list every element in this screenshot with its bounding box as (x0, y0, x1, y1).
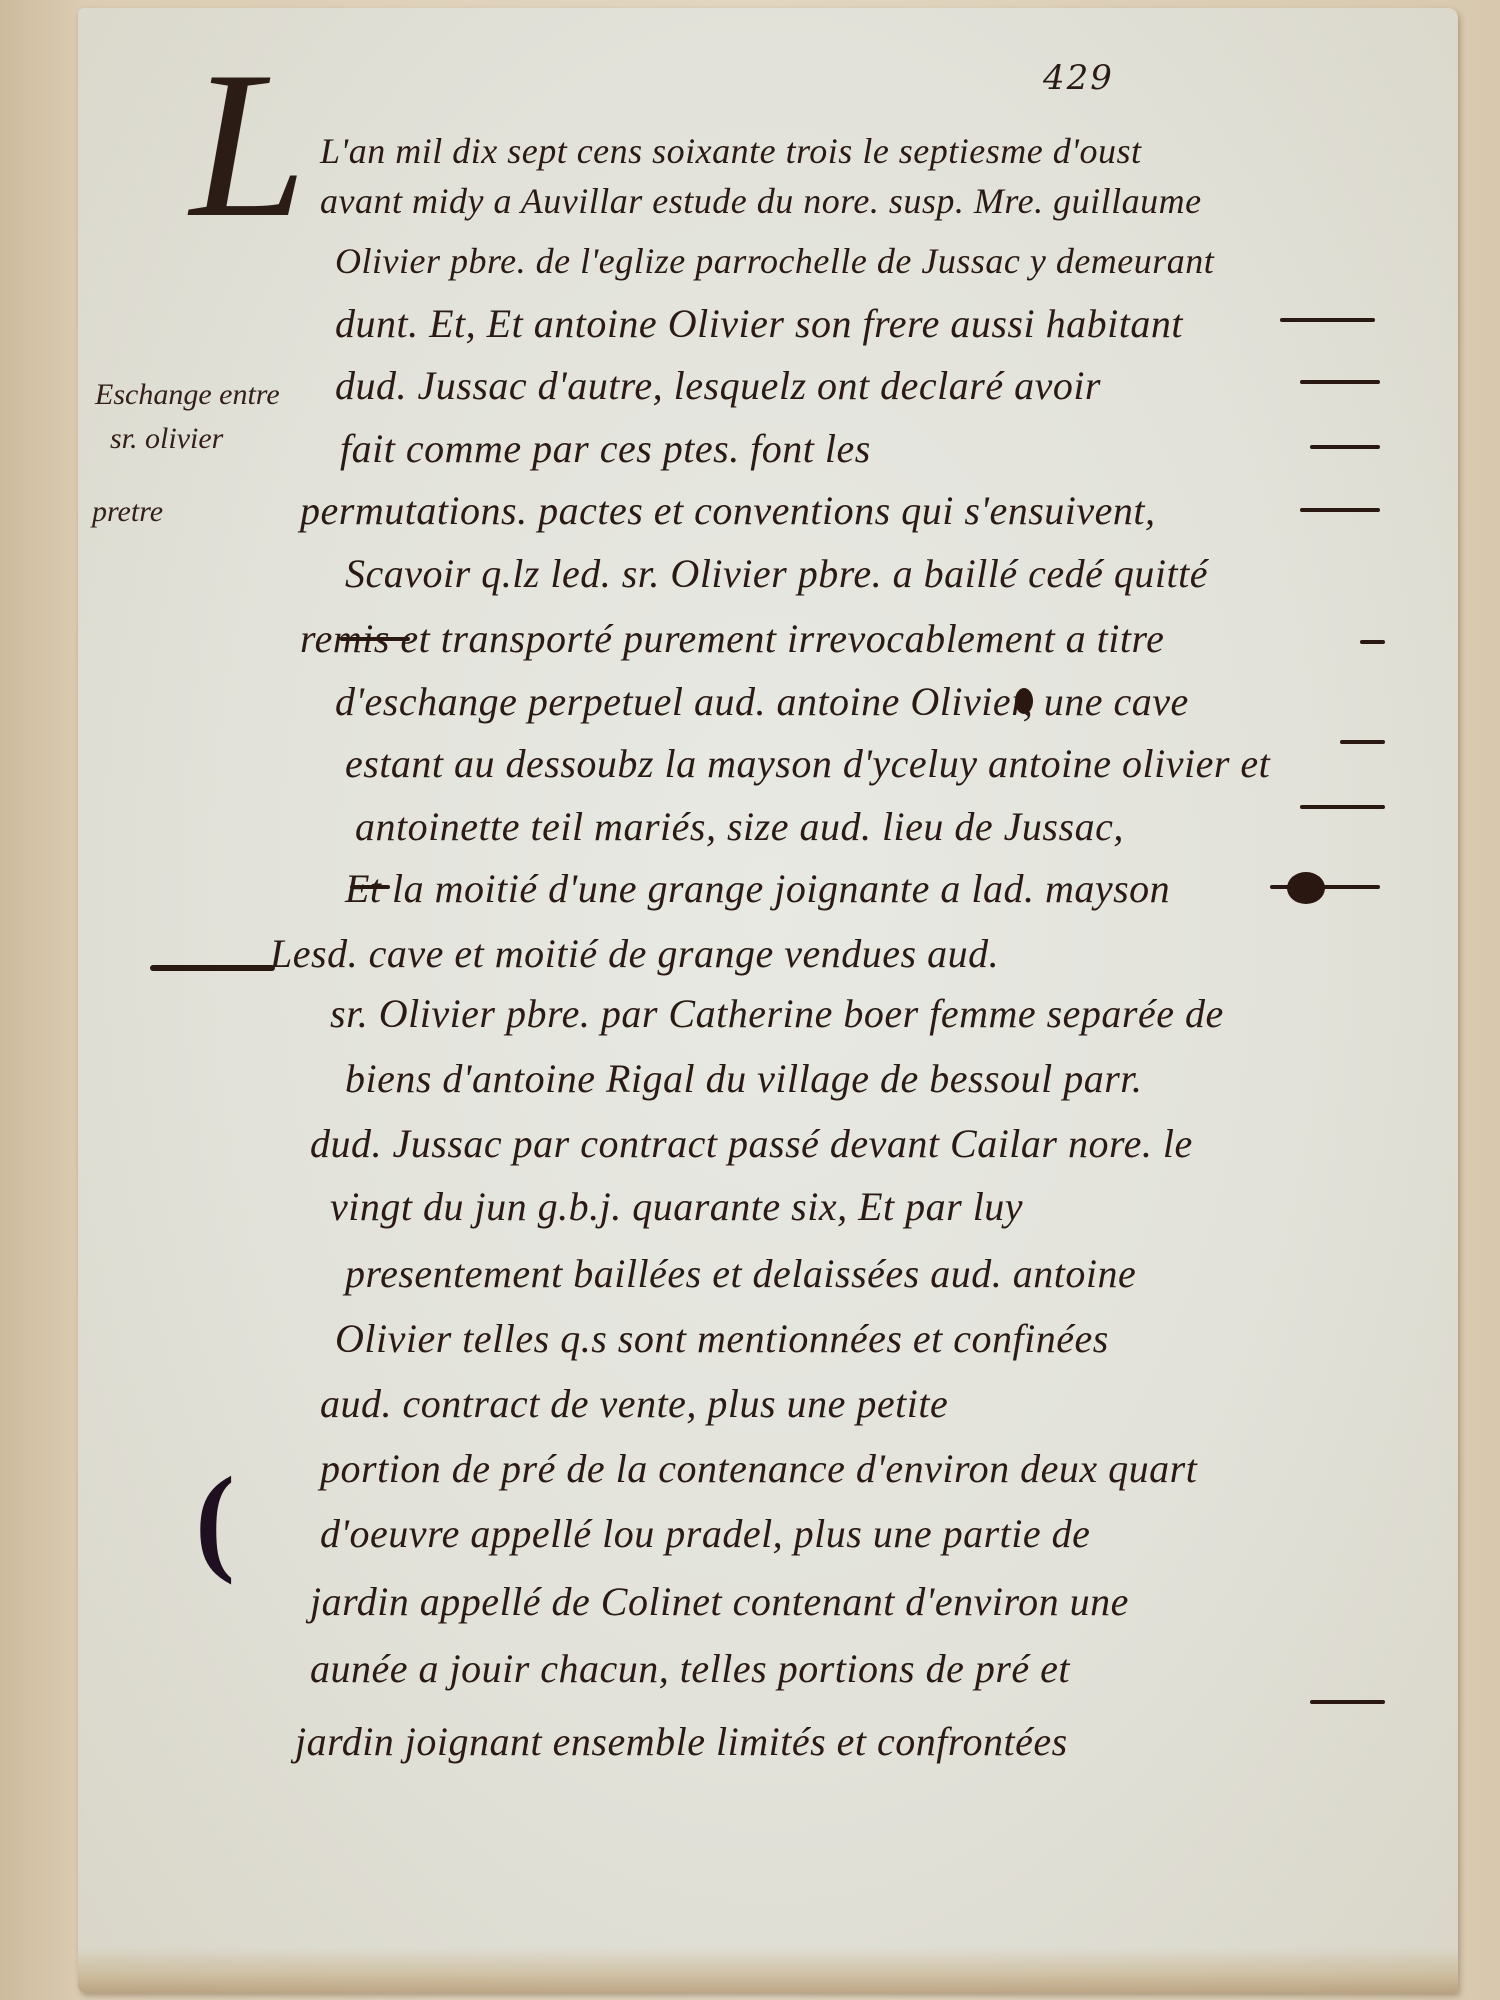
margin-note-line: pretre (92, 495, 163, 529)
text-line: remis et transporté purement irrevocable… (300, 615, 1164, 662)
decorated-initial: L (190, 40, 307, 250)
margin-note-line: Eschange entre (95, 378, 280, 412)
folio-number: 429 (1043, 58, 1114, 98)
ink-blot (1015, 688, 1033, 714)
text-line: d'eschange perpetuel aud. antoine Olivie… (335, 678, 1189, 725)
line-filler-dash (1340, 740, 1385, 744)
line-filler-dash (350, 885, 390, 889)
ink-blot (1287, 872, 1325, 904)
text-line: biens d'antoine Rigal du village de bess… (345, 1055, 1142, 1102)
text-line: d'oeuvre appellé lou pradel, plus une pa… (320, 1510, 1090, 1557)
text-line: dud. Jussac d'autre, lesquelz ont declar… (335, 362, 1101, 409)
text-line: antoinette teil mariés, size aud. lieu d… (355, 803, 1124, 850)
text-line: estant au dessoubz la mayson d'yceluy an… (345, 740, 1270, 787)
line-filler-dash (340, 637, 410, 641)
line-filler-dash (1300, 380, 1380, 384)
text-line: dud. Jussac par contract passé devant Ca… (310, 1120, 1193, 1167)
text-line: permutations. pactes et conventions qui … (300, 487, 1156, 534)
text-line: Lesd. cave et moitié de grange vendues a… (270, 930, 999, 977)
text-line: jardin appellé de Colinet contenant d'en… (310, 1578, 1129, 1625)
text-line: sr. Olivier pbre. par Catherine boer fem… (330, 990, 1224, 1037)
text-line: presentement baillées et delaissées aud.… (345, 1250, 1136, 1297)
text-line: avant midy a Auvillar estude du nore. su… (320, 180, 1202, 222)
margin-note-line: sr. olivier (110, 422, 223, 456)
text-line: Scavoir q.lz led. sr. Olivier pbre. a ba… (345, 550, 1208, 597)
margin-bracket-mark: ( (195, 1450, 235, 1588)
text-line: vingt du jun g.b.j. quarante six, Et par… (330, 1183, 1023, 1230)
text-line: Olivier telles q.s sont mentionnées et c… (335, 1315, 1109, 1362)
text-line: dunt. Et, Et antoine Olivier son frere a… (335, 300, 1183, 347)
line-filler-dash (1300, 508, 1380, 512)
text-line: jardin joignant ensemble limités et conf… (295, 1718, 1068, 1765)
line-filler-dash (1300, 805, 1385, 809)
text-line: L'an mil dix sept cens soixante trois le… (320, 130, 1141, 172)
line-filler-dash (1360, 640, 1385, 644)
text-line: fait comme par ces ptes. font les (340, 425, 871, 472)
line-filler-dash (1310, 1700, 1385, 1704)
text-line: aud. contract de vente, plus une petite (320, 1380, 948, 1427)
text-line: Olivier pbre. de l'eglize parrochelle de… (335, 240, 1214, 282)
text-line: aunée a jouir chacun, telles portions de… (310, 1645, 1070, 1692)
line-filler-dash (1280, 318, 1375, 322)
line-filler-dash (1310, 445, 1380, 449)
text-line: portion de pré de la contenance d'enviro… (320, 1445, 1197, 1492)
line-filler-dash (150, 965, 275, 971)
text-line: Et la moitié d'une grange joignante a la… (345, 865, 1170, 912)
